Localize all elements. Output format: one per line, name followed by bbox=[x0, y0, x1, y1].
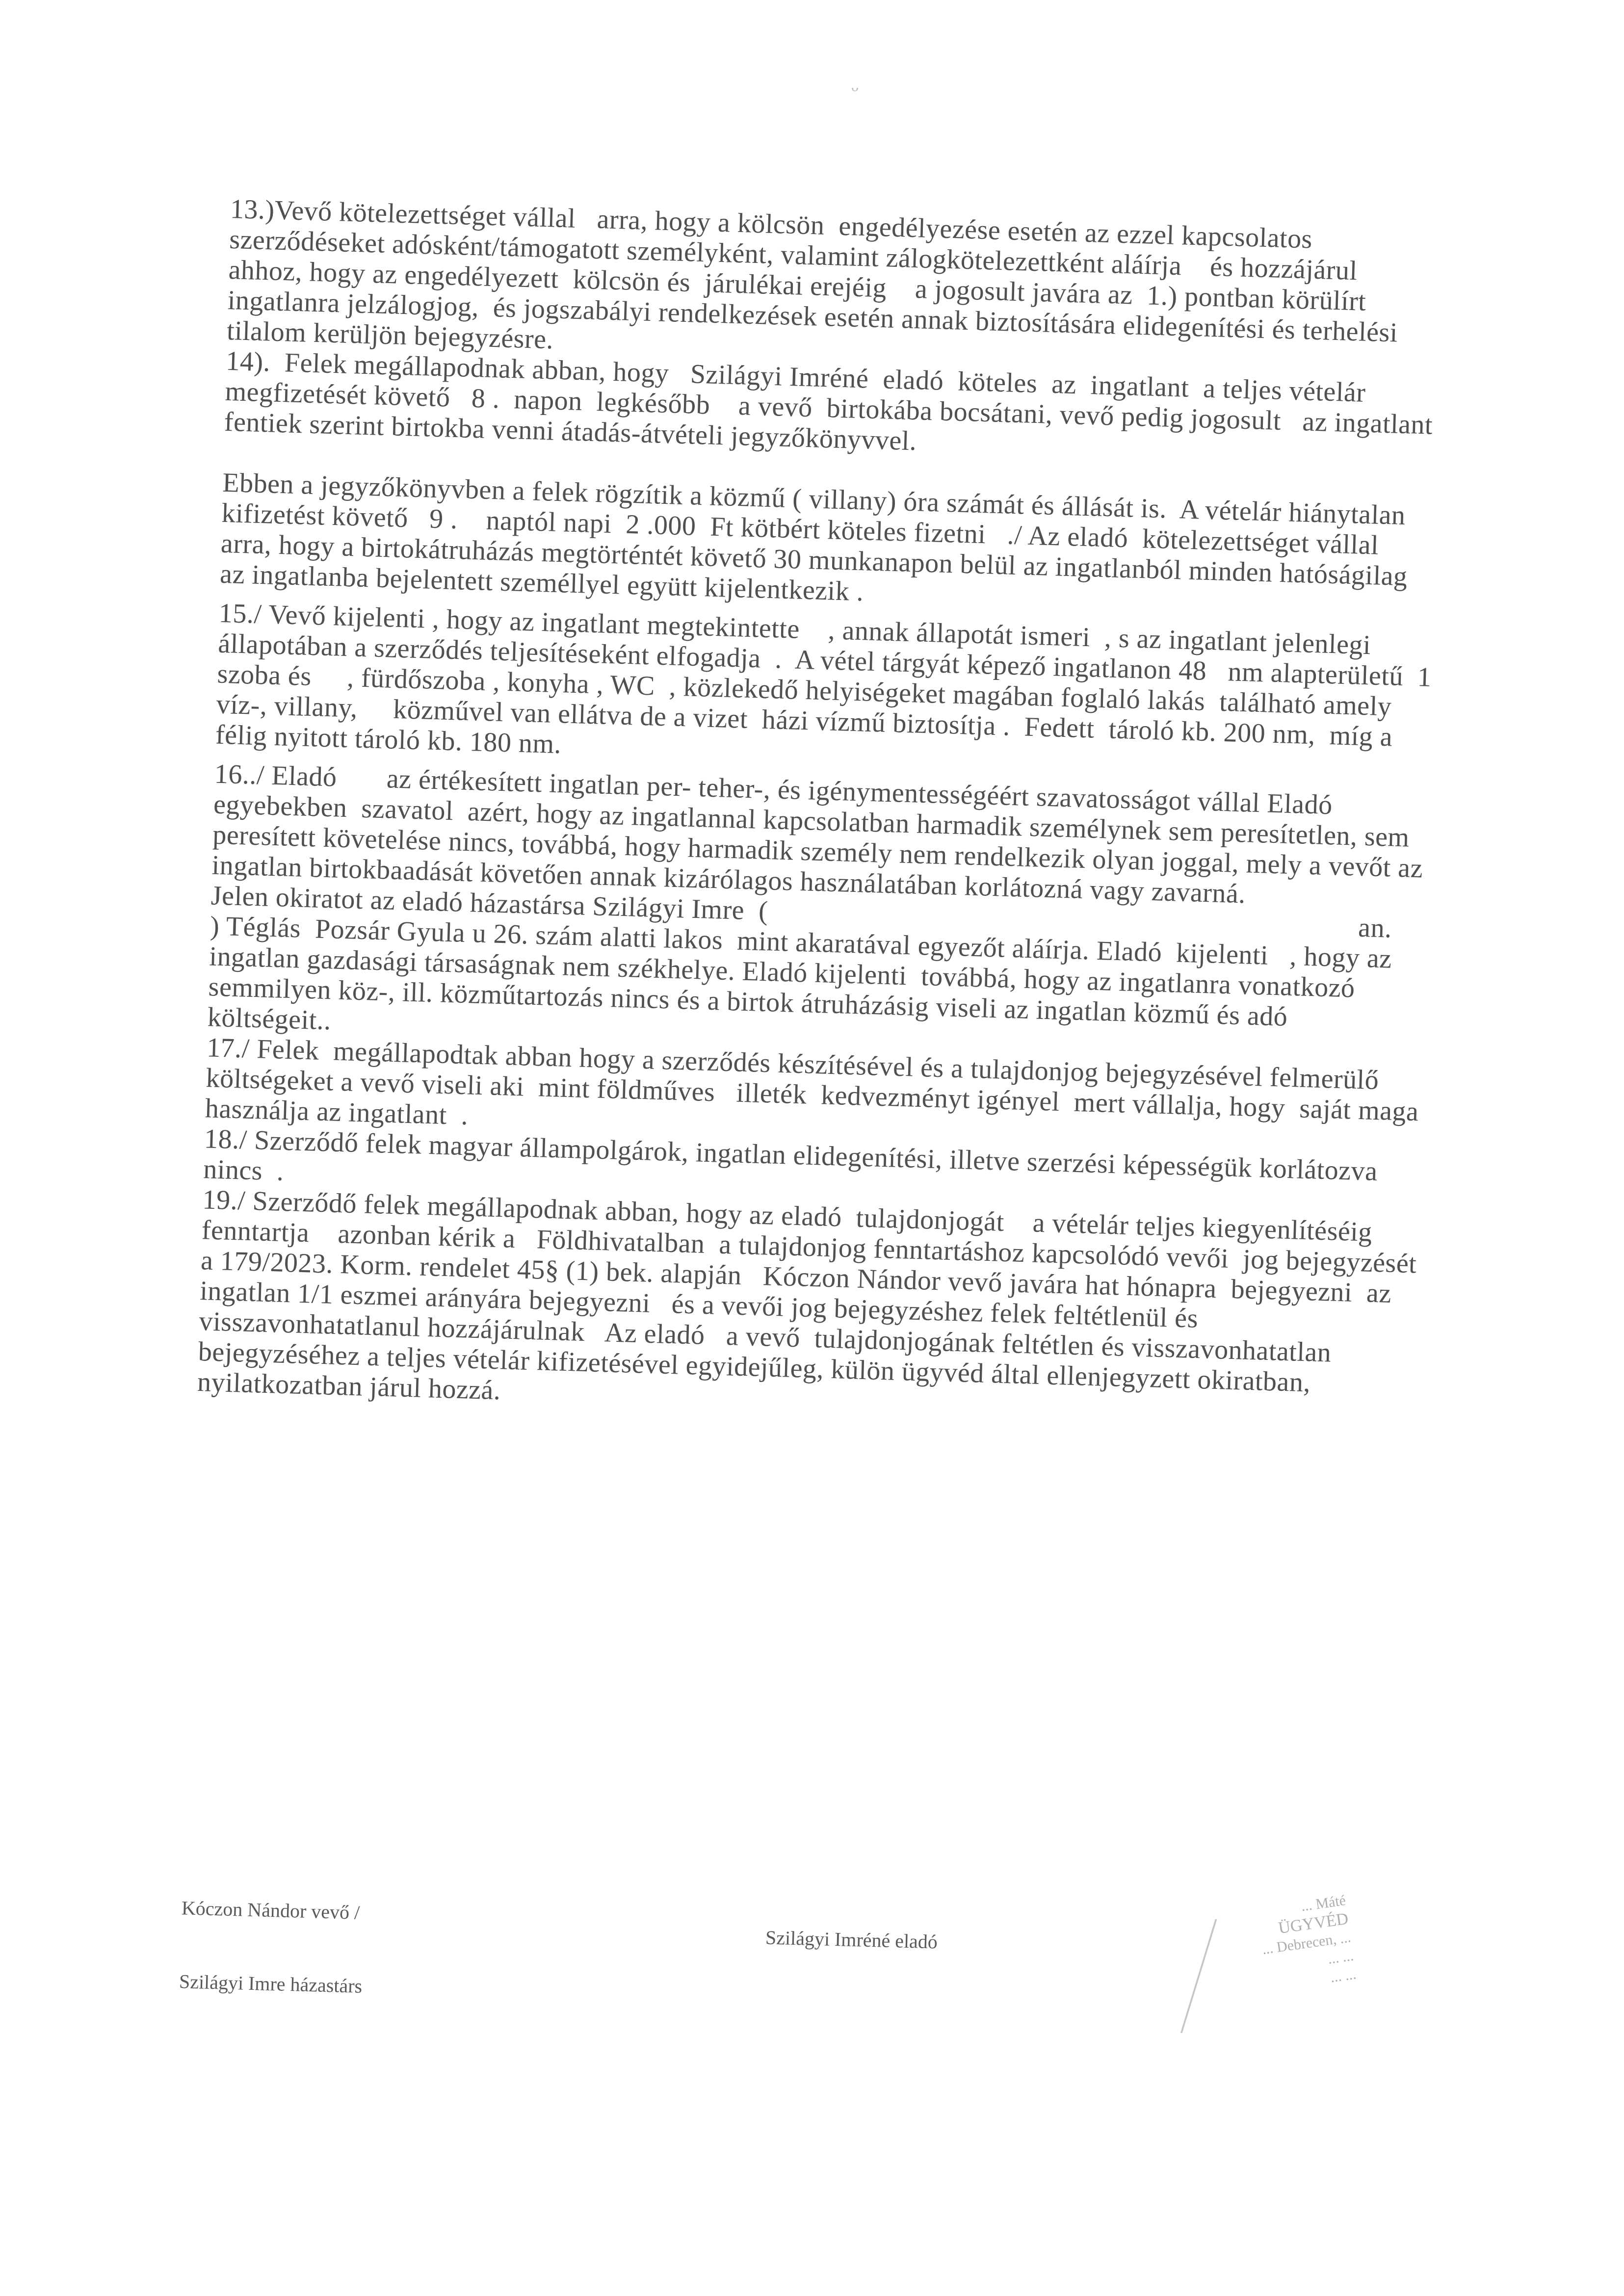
lawyer-stamp: ... Máté ÜGYVÉD ... Debrecen, ... ... ..… bbox=[1160, 1891, 1362, 2043]
document-page: ᴗ 13.)Vevő kötelezettséget vállal arra, … bbox=[0, 0, 1624, 2296]
clause-19: 19./ Szerződő felek megállapodnak abban,… bbox=[197, 1184, 1419, 1431]
spouse-signature-line: Szilágyi Imre házastárs bbox=[179, 1970, 362, 1998]
scan-mark: ᴗ bbox=[851, 78, 859, 95]
seller-signature-line: Szilágyi Imréné eladó bbox=[765, 1926, 938, 1953]
clause-14-protocol: Ebben a jegyzőkönyvben a felek rögzítik … bbox=[219, 468, 1439, 623]
buyer-signature-line: Kóczon Nándor vevő / bbox=[181, 1896, 360, 1924]
clause-15: 15./ Vevő kijelenti , hogy az ingatlant … bbox=[215, 598, 1436, 784]
contract-body: 13.)Vevő kötelezettséget vállal arra, ho… bbox=[197, 194, 1447, 1431]
